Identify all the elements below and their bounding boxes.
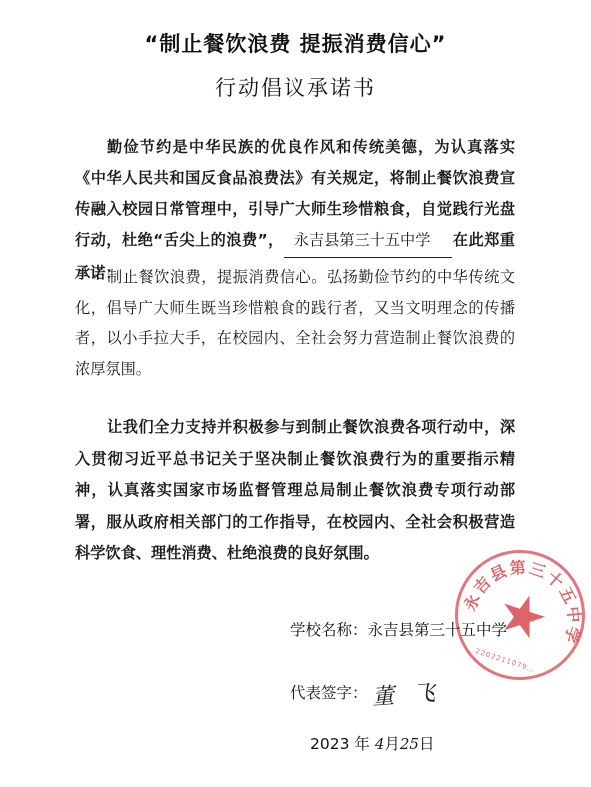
school-name-blank: 永吉县第三十五中学 <box>284 225 453 258</box>
date-row: 2023 年 4月25日 <box>310 732 434 754</box>
paragraph-commitment: 制止餐饮浪费，提振消费信心。弘扬勤俭节约的中华传统文化，倡导广大师生既当珍惜粮食… <box>75 262 515 384</box>
date-day: 25 <box>400 735 419 753</box>
document-page: “制止餐饮浪费 提振消费信心” 行动倡议承诺书 勤俭节约是中华民族的优良作风和传… <box>0 0 591 787</box>
date-month: 4 <box>375 735 385 753</box>
date-month-unit: 月 <box>384 735 400 753</box>
document-title: 行动倡议承诺书 <box>0 72 591 102</box>
school-name-row: 学校名称：永吉县第三十五中学 <box>290 618 507 640</box>
document-title-slogan: “制止餐饮浪费 提振消费信心” <box>0 28 591 58</box>
representative-label: 代表签字： <box>290 684 368 702</box>
date-year: 2023 <box>310 735 349 753</box>
representative-row: 代表签字： 董 飞 <box>290 678 441 709</box>
handwritten-signature: 董 飞 <box>371 676 442 712</box>
date-year-unit: 年 <box>349 735 374 753</box>
school-name-value: 永吉县第三十五中学 <box>368 621 508 639</box>
school-name-label: 学校名称： <box>290 621 368 639</box>
date-day-unit: 日 <box>419 735 435 753</box>
paragraph-action: 让我们全力支持并积极参与到制止餐饮浪费各项行动中，深入贯彻习近平总书记关于坚决制… <box>75 412 515 570</box>
